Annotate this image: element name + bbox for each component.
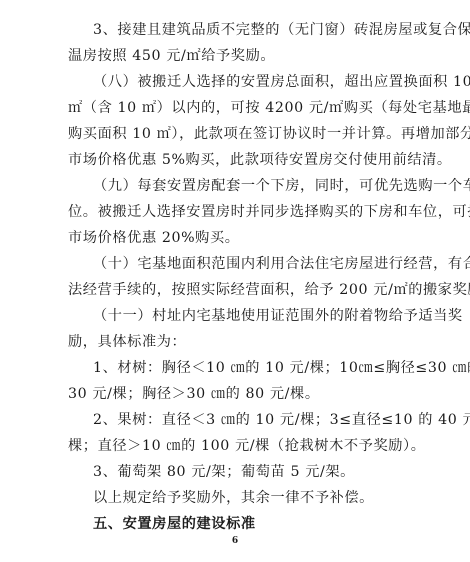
paragraph-line: 购买面积 10 ㎡），此款项在签订协议时一并计算。再增加部分按 xyxy=(68,125,470,143)
paragraph-line: 3、葡萄架 80 元/架；葡萄苗 5 元/架。 xyxy=(93,463,355,481)
paragraph-line: （十一）村址内宅基地使用证范围外的附着物给予适当奖 xyxy=(93,307,463,325)
paragraph-line: 市场价格优惠 20%购买。 xyxy=(68,229,240,247)
paragraph-line: 3、接建且建筑品质不完整的（无门窗）砖混房屋或复合保 xyxy=(93,21,470,39)
paragraph-line: ㎡（含 10 ㎡）以内的，可按 4200 元/㎡购买（每处宅基地最大 xyxy=(68,99,470,117)
paragraph-line: 以上规定给予奖励外，其余一律不予补偿。 xyxy=(93,489,374,507)
paragraph-line: 市场价格优惠 5%购买，此款项待安置房交付使用前结清。 xyxy=(68,151,452,169)
section-heading: 五、安置房屋的建设标准 xyxy=(93,515,256,533)
page-number: 6 xyxy=(0,536,470,546)
paragraph-line: 30 元/棵；胸径＞30 ㎝的 80 元/棵。 xyxy=(68,385,320,403)
paragraph-line: 2、果树：直径＜3 ㎝的 10 元/棵；3≤直径≤10 的 40 元/ xyxy=(93,411,470,429)
paragraph-line: 位。被搬迁人选择安置房时并同步选择购买的下房和车位，可按 xyxy=(68,203,470,221)
paragraph-line: 励，具体标准为： xyxy=(68,333,186,351)
paragraph-line: 1、材树：胸径＜10 ㎝的 10 元/棵；10㎝≤胸径≤30 ㎝的 xyxy=(93,359,470,377)
paragraph-line: （十）宅基地面积范围内利用合法住宅房屋进行经营，有合 xyxy=(93,255,470,273)
paragraph-line: （九）每套安置房配套一个下房，同时，可优先选购一个车 xyxy=(93,177,470,195)
paragraph-line: 温房按照 450 元/㎡给予奖励。 xyxy=(68,47,275,65)
paragraph-line: 法经营手续的，按照实际经营面积，给予 200 元/㎡的搬家奖励。 xyxy=(68,281,470,299)
paragraph-line: 棵；直径＞10 ㎝的 100 元/棵（抢栽树木不予奖励）。 xyxy=(68,437,426,455)
paragraph-line: （八）被搬迁人选择的安置房总面积，超出应置换面积 10 xyxy=(93,73,470,91)
